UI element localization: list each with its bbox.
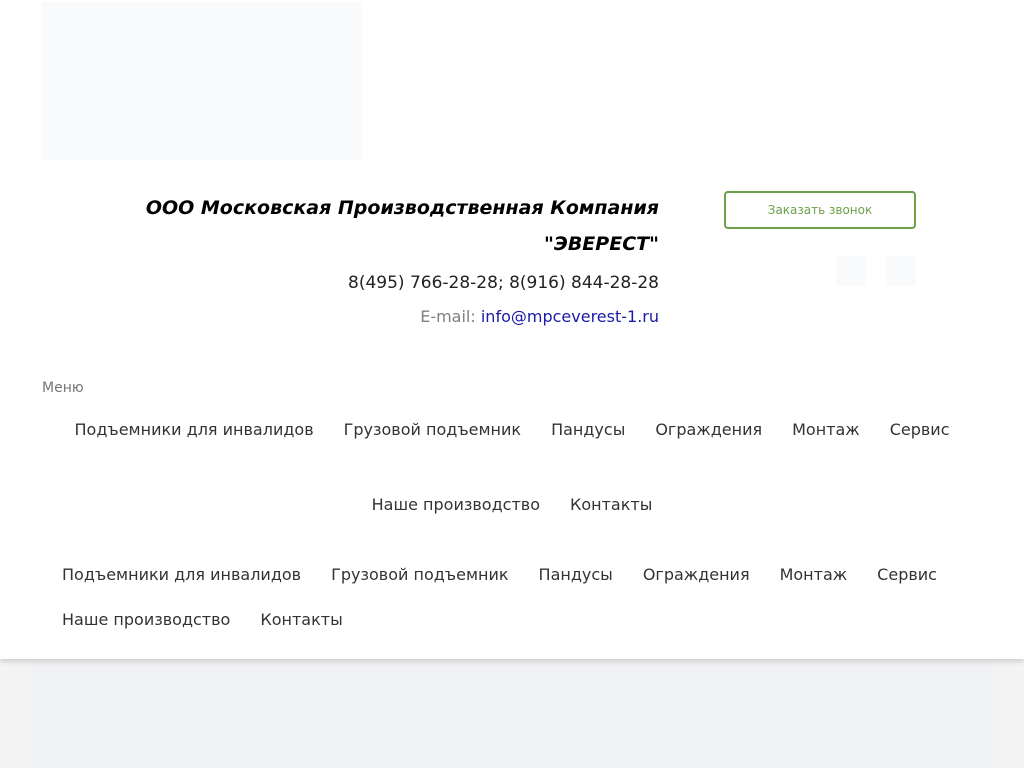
email-label: E-mail: <box>420 307 476 326</box>
nav-item-lifts-disabled[interactable]: Подъемники для инвалидов <box>60 420 329 440</box>
nav2-item-contacts[interactable]: Контакты <box>245 610 357 630</box>
main-nav: Подъемники для инвалидов Грузовой подъем… <box>0 420 1024 515</box>
phone-numbers: 8(495) 766-28-28; 8(916) 844-28-28 <box>99 270 659 296</box>
nav2-item-installation[interactable]: Монтаж <box>765 565 863 585</box>
secondary-nav: Подъемники для инвалидов Грузовой подъем… <box>47 565 1007 630</box>
company-info: ООО Московская Производственная Компания… <box>99 190 659 328</box>
email-row: E-mail: info@mpceverest-1.ru <box>99 306 659 328</box>
nav-item-production[interactable]: Наше производство <box>357 495 555 515</box>
logo-image[interactable] <box>42 2 362 160</box>
nav2-item-production[interactable]: Наше производство <box>47 610 245 630</box>
nav-item-service[interactable]: Сервис <box>875 420 965 440</box>
social-icon[interactable] <box>886 256 916 286</box>
nav2-item-ramps[interactable]: Пандусы <box>524 565 628 585</box>
email-link[interactable]: info@mpceverest-1.ru <box>481 307 659 326</box>
nav2-item-lifts-disabled[interactable]: Подъемники для инвалидов <box>47 565 316 585</box>
nav2-item-service[interactable]: Сервис <box>862 565 952 585</box>
site-header: ООО Московская Производственная Компания… <box>0 0 1024 659</box>
callback-button[interactable]: Заказать звонок <box>724 191 916 229</box>
company-name-line1: ООО Московская Производственная Компания <box>99 190 659 226</box>
nav-item-ramps[interactable]: Пандусы <box>536 420 640 440</box>
social-icon[interactable] <box>836 256 866 286</box>
nav-item-installation[interactable]: Монтаж <box>777 420 875 440</box>
nav2-item-cargo-lift[interactable]: Грузовой подъемник <box>316 565 523 585</box>
nav2-item-fences[interactable]: Ограждения <box>628 565 765 585</box>
nav-item-contacts[interactable]: Контакты <box>555 495 667 515</box>
nav-item-fences[interactable]: Ограждения <box>640 420 777 440</box>
company-name-line2: "ЭВЕРЕСТ" <box>99 226 659 262</box>
content-area <box>32 659 992 768</box>
menu-label[interactable]: Меню <box>42 380 84 396</box>
nav-item-cargo-lift[interactable]: Грузовой подъемник <box>329 420 536 440</box>
